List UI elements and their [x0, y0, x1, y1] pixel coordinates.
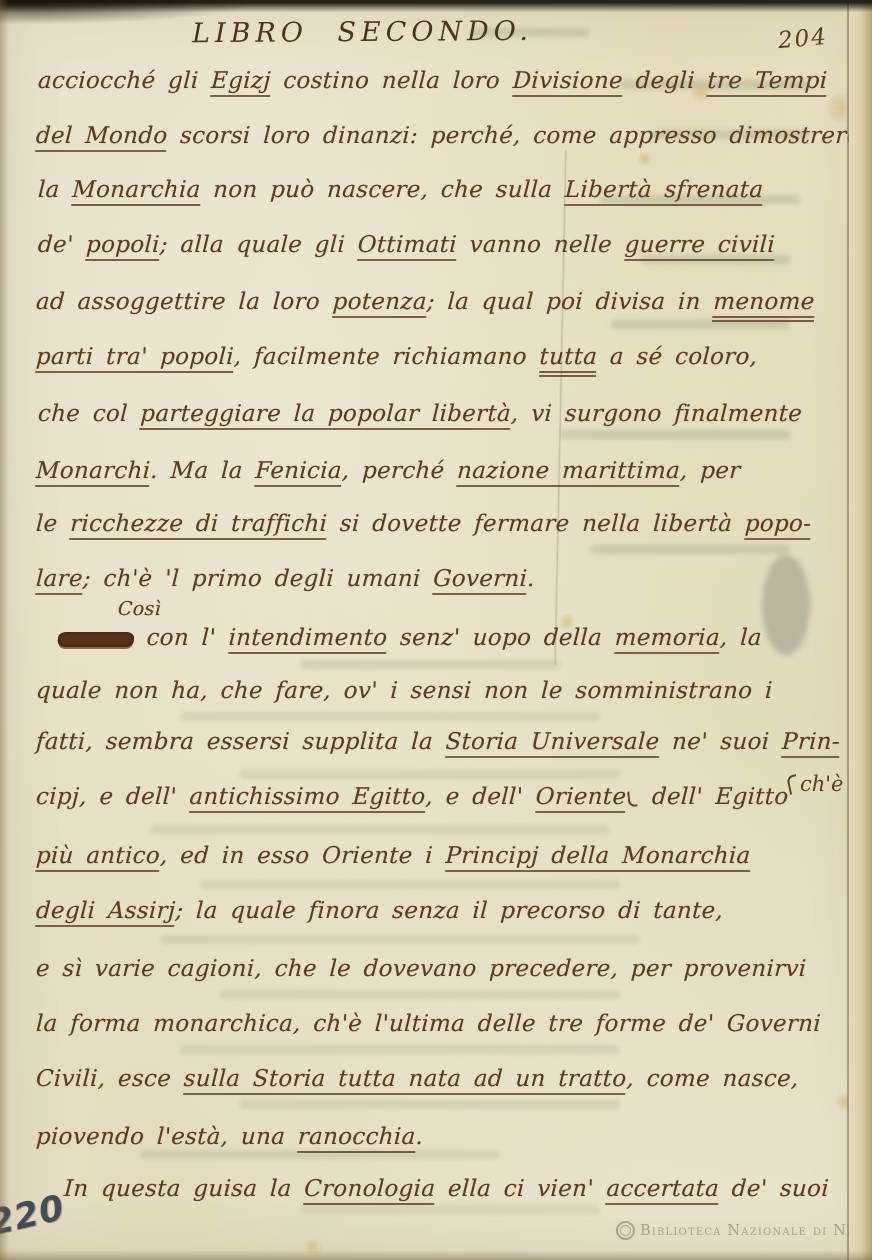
bleedthrough-streak	[560, 430, 790, 439]
manuscript-text: tre Tempi	[707, 68, 828, 97]
manuscript-text: memoria	[614, 625, 721, 654]
manuscript-text: ; la qual poi divisa in	[426, 289, 714, 315]
manuscript-text: Monarchia	[71, 177, 201, 206]
manuscript-text: quale non ha, che fare, ov' i sensi non …	[35, 678, 773, 704]
manuscript-line: In questa guisa la Cronologia ella ci vi…	[63, 1176, 829, 1202]
manuscript-line: acciocché gli Egizj costino nella loro D…	[37, 68, 828, 94]
manuscript-text: che col	[37, 401, 141, 427]
manuscript-line: lare; ch'è 'l primo degli umani Governi.	[35, 566, 535, 592]
manuscript-text: .	[527, 566, 536, 592]
bleedthrough-streak	[180, 1045, 620, 1054]
manuscript-text: le	[35, 511, 71, 537]
manuscript-text: . Ma la	[150, 458, 256, 484]
manuscript-text: potenza	[332, 289, 428, 318]
bleedthrough-streak	[240, 770, 620, 779]
manuscript-text: .	[415, 1124, 424, 1150]
manuscript-text: ; ch'è 'l primo degli umani	[82, 566, 434, 592]
manuscript-text: Così	[117, 598, 161, 620]
manuscript-text: tutta	[538, 344, 597, 377]
manuscript-text: ad assoggettire la loro	[35, 289, 333, 315]
margin-note-text: ch'è	[800, 772, 844, 796]
bleedthrough-streak	[300, 1205, 600, 1214]
manuscript-line: Monarchi. Ma la Fenicia, perché nazione …	[35, 458, 741, 484]
manuscript-text: Ottimati	[357, 232, 458, 261]
manuscript-text: , perché	[341, 458, 458, 484]
manuscript-text: la	[37, 177, 73, 203]
manuscript-text: ranocchia	[297, 1124, 416, 1153]
manuscript-text: nazione marittima	[456, 458, 680, 487]
manuscript-text: Libertà sfrenata	[564, 177, 764, 206]
manuscript-text: de'	[37, 232, 87, 258]
insertion-caret-icon	[628, 790, 638, 807]
bleedthrough-streak	[240, 1100, 620, 1109]
manuscript-text: cipj, e dell'	[35, 784, 190, 810]
manuscript-line: cipj, e dell' antichissimo Egitto, e del…	[35, 784, 789, 810]
manuscript-text: Divisione	[512, 68, 624, 97]
manuscript-text: ella ci vien'	[435, 1176, 607, 1202]
paper-stain	[636, 152, 654, 166]
manuscript-text: menome	[712, 289, 815, 322]
manuscript-text: acciocché gli	[37, 68, 211, 94]
manuscript-text: ; alla quale gli	[159, 232, 358, 258]
library-watermark: Biblioteca Nazionale di Napoli	[616, 1221, 872, 1240]
manuscript-text: con l'	[133, 625, 229, 651]
manuscript-line: con l' intendimento senz' uopo della mem…	[57, 625, 762, 651]
manuscript-line: parti tra' popoli, facilmente richiamano…	[35, 344, 758, 370]
manuscript-text: , facilmente richiamano	[233, 344, 540, 370]
manuscript-text: Principj della Monarchia	[445, 843, 752, 872]
manuscript-text: Fenicia	[255, 458, 343, 487]
manuscript-text: degli	[622, 68, 708, 94]
bleedthrough-streak	[300, 660, 560, 669]
manuscript-text: sulla Storia tutta nata ad un tratto	[183, 1066, 627, 1095]
bleedthrough-streak	[200, 880, 620, 889]
manuscript-text: non può nascere, che sulla	[200, 177, 566, 203]
manuscript-text: guerre civili	[624, 232, 776, 261]
manuscript-text: e sì varie cagioni, che le dovevano prec…	[35, 956, 807, 982]
manuscript-text: degli Assirj	[35, 898, 176, 927]
page-number: 204	[777, 24, 829, 54]
manuscript-text: scorsi loro dinanzi: perché, come appres…	[167, 123, 872, 149]
manuscript-text: Cronologia	[303, 1176, 436, 1205]
manuscript-text: parteggiare la popolar libertà	[140, 401, 512, 430]
manuscript-text: Egizj	[210, 68, 271, 97]
manuscript-line: la Monarchia non può nascere, che sulla …	[37, 177, 764, 203]
manuscript-text: ne' suoi	[659, 729, 783, 755]
manuscript-text: vanno nelle	[456, 232, 625, 258]
margin-note: ch'è	[788, 772, 844, 796]
manuscript-text: Storia Universale	[445, 729, 660, 758]
bleedthrough-streak	[150, 825, 610, 834]
manuscript-text: , come nasce,	[626, 1066, 799, 1092]
manuscript-line: de' popoli; alla quale gli Ottimati vann…	[37, 232, 775, 258]
foliation-stamp: 220	[0, 1188, 69, 1244]
manuscript-text: a sé coloro,	[597, 344, 758, 370]
manuscript-page: LIBRO SECONDO. 204 acciocché gli Egizj c…	[0, 0, 872, 1260]
manuscript-line: Civili, esce sulla Storia tutta nata ad …	[35, 1066, 799, 1092]
ink-blot	[58, 632, 135, 647]
manuscript-text: dell' Egitto	[639, 784, 789, 810]
library-logo-icon	[616, 1221, 635, 1240]
manuscript-text: Civili, esce	[35, 1066, 184, 1092]
manuscript-text: antichissimo Egitto	[189, 784, 427, 813]
manuscript-text: accertata	[606, 1176, 720, 1205]
manuscript-text: ; la quale finora senza il precorso di t…	[175, 898, 724, 924]
library-watermark-label: Biblioteca Nazionale di Napoli	[640, 1223, 872, 1239]
manuscript-text: intendimento	[228, 625, 388, 654]
manuscript-text: senz' uopo della	[387, 625, 616, 651]
manuscript-text: popo-	[744, 511, 812, 540]
book-fore-edge	[849, 0, 872, 1260]
manuscript-line: quale non ha, che fare, ov' i sensi non …	[35, 678, 773, 704]
manuscript-text: piovendo l'està, una	[35, 1124, 298, 1150]
binding-edge-top-left	[0, 0, 260, 24]
manuscript-line: fatti, sembra essersi supplita la Storia…	[35, 729, 840, 755]
pencil-smudge	[762, 555, 810, 655]
manuscript-text: la forma monarchica, ch'è l'ultima delle…	[35, 1011, 821, 1037]
manuscript-text: Prin-	[781, 729, 840, 758]
binding-edge-bottom	[0, 1250, 872, 1260]
manuscript-line: del Mondo scorsi loro dinanzi: perché, c…	[35, 123, 872, 149]
manuscript-line: Così	[117, 598, 161, 620]
manuscript-text: Oriente	[535, 784, 627, 813]
manuscript-line: la forma monarchica, ch'è l'ultima delle…	[35, 1011, 821, 1037]
insertion-mark-icon	[786, 774, 800, 795]
manuscript-text: fatti, sembra essersi supplita la	[35, 729, 446, 755]
manuscript-text: In questa guisa la	[63, 1176, 305, 1202]
manuscript-line: che col parteggiare la popolar libertà, …	[37, 401, 803, 427]
bleedthrough-streak	[220, 990, 620, 999]
binding-edge-left	[0, 0, 9, 1260]
manuscript-text: più antico	[35, 843, 161, 872]
manuscript-text: , la	[719, 625, 762, 651]
manuscript-text: , e dell'	[425, 784, 537, 810]
manuscript-text: Monarchi	[35, 458, 151, 487]
manuscript-line: e sì varie cagioni, che le dovevano prec…	[35, 956, 807, 982]
bleedthrough-streak	[590, 545, 790, 554]
manuscript-line: degli Assirj; la quale finora senza il p…	[35, 898, 724, 924]
manuscript-text: , vi surgono finalmente	[510, 401, 803, 427]
manuscript-text: de' suoi	[718, 1176, 829, 1202]
manuscript-text: , ed in esso Oriente i	[159, 843, 446, 869]
bleedthrough-streak	[160, 935, 640, 944]
bleedthrough-streak	[180, 712, 600, 721]
manuscript-text: , per	[679, 458, 741, 484]
manuscript-text: parti tra' popoli	[35, 344, 234, 373]
manuscript-text: popoli	[85, 232, 160, 261]
manuscript-text: si dovette fermare nella libertà	[327, 511, 746, 537]
manuscript-text: costino nella loro	[270, 68, 513, 94]
manuscript-line: le ricchezze di traffichi si dovette fer…	[35, 511, 812, 537]
manuscript-line: ad assoggettire la loro potenza; la qual…	[35, 289, 815, 315]
manuscript-text: ricchezze di traffichi	[69, 511, 328, 540]
manuscript-line: più antico, ed in esso Oriente i Princip…	[35, 843, 751, 869]
manuscript-text: lare	[35, 566, 83, 595]
manuscript-text: Governi	[432, 566, 528, 595]
manuscript-line: piovendo l'està, una ranocchia.	[35, 1124, 424, 1150]
manuscript-text: del Mondo	[35, 123, 168, 152]
